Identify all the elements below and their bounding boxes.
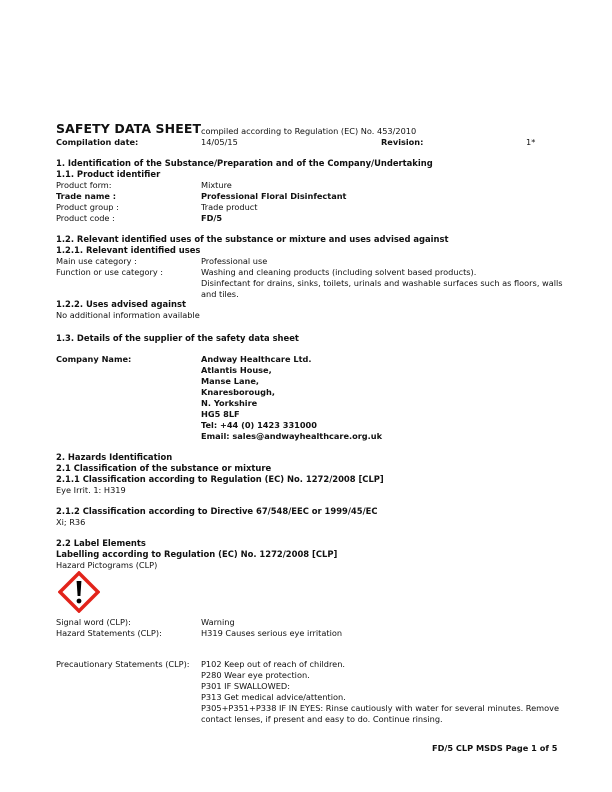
company-address-line-1: Atlantis House, [201, 365, 272, 376]
clp-classification-text: Eye Irrit. 1: H319 [56, 485, 126, 496]
section-1-2-heading: 1.2. Relevant identified uses of the sub… [56, 234, 449, 245]
company-name: Andway Healthcare Ltd. [201, 354, 311, 365]
uses-advised-against-text: No additional information available [56, 310, 200, 321]
precaution-p280: P280 Wear eye protection. [201, 670, 310, 681]
precautionary-statements-label: Precautionary Statements (CLP): [56, 659, 190, 670]
hazard-statements-label: Hazard Statements (CLP): [56, 628, 162, 639]
company-address-line-3: Knaresborough, [201, 387, 275, 398]
signal-word-value: Warning [201, 617, 235, 628]
trade-name-value: Professional Floral Disinfectant [201, 191, 346, 202]
compiled-regulation: compiled according to Regulation (EC) No… [201, 126, 416, 137]
section-1-2-2-heading: 1.2.2. Uses advised against [56, 299, 186, 310]
product-code-value: FD/5 [201, 213, 222, 224]
function-use-value-2: Disinfectant for drains, sinks, toilets,… [201, 278, 571, 300]
company-telephone: Tel: +44 (0) 1423 331000 [201, 420, 317, 431]
trade-name-label: Trade name : [56, 191, 116, 202]
signal-word-label: Signal word (CLP): [56, 617, 131, 628]
hazard-statements-value: H319 Causes serious eye irritation [201, 628, 342, 639]
product-group-value: Trade product [201, 202, 258, 213]
company-name-label: Company Name: [56, 354, 131, 365]
exclamation-mark-hazard-icon [58, 571, 100, 613]
company-address-line-2: Manse Lane, [201, 376, 259, 387]
main-use-label: Main use category : [56, 256, 137, 267]
section-1-heading: 1. Identification of the Substance/Prepa… [56, 158, 433, 169]
directive-classification-text: Xi; R36 [56, 517, 85, 528]
product-form-value: Mixture [201, 180, 232, 191]
function-use-label: Function or use category : [56, 267, 163, 278]
product-group-label: Product group : [56, 202, 119, 213]
precaution-p305-p351-p338: P305+P351+P338 IF IN EYES: Rinse cautiou… [201, 703, 561, 725]
section-2-1-heading: 2.1 Classification of the substance or m… [56, 463, 271, 474]
hazard-pictograms-label: Hazard Pictograms (CLP) [56, 560, 157, 571]
page-footer: FD/5 CLP MSDS Page 1 of 5 [432, 743, 557, 754]
product-form-label: Product form: [56, 180, 112, 191]
section-2-2-heading: 2.2 Label Elements [56, 538, 146, 549]
section-2-1-2-heading: 2.1.2 Classification according to Direct… [56, 506, 378, 517]
section-2-1-1-heading: 2.1.1 Classification according to Regula… [56, 474, 384, 485]
precaution-p102: P102 Keep out of reach of children. [201, 659, 345, 670]
compilation-date-label: Compilation date: [56, 137, 138, 148]
company-email[interactable]: Email: sales@andwayhealthcare.org.uk [201, 431, 382, 442]
main-use-value: Professional use [201, 256, 267, 267]
product-code-label: Product code : [56, 213, 115, 224]
section-2-heading: 2. Hazards Identification [56, 452, 172, 463]
company-postcode: HG5 8LF [201, 409, 240, 420]
precaution-p301: P301 IF SWALLOWED: [201, 681, 290, 692]
function-use-value-1: Washing and cleaning products (including… [201, 267, 476, 278]
section-1-2-1-heading: 1.2.1. Relevant identified uses [56, 245, 200, 256]
revision-label: Revision: [381, 137, 423, 148]
section-1-3-heading: 1.3. Details of the supplier of the safe… [56, 333, 299, 344]
revision-value: 1* [526, 137, 535, 148]
labelling-heading: Labelling according to Regulation (EC) N… [56, 549, 337, 560]
compilation-date-value: 14/05/15 [201, 137, 238, 148]
document-title: SAFETY DATA SHEET [56, 123, 201, 134]
company-address-line-4: N. Yorkshire [201, 398, 257, 409]
precaution-p313: P313 Get medical advice/attention. [201, 692, 346, 703]
section-1-1-heading: 1.1. Product identifier [56, 169, 160, 180]
